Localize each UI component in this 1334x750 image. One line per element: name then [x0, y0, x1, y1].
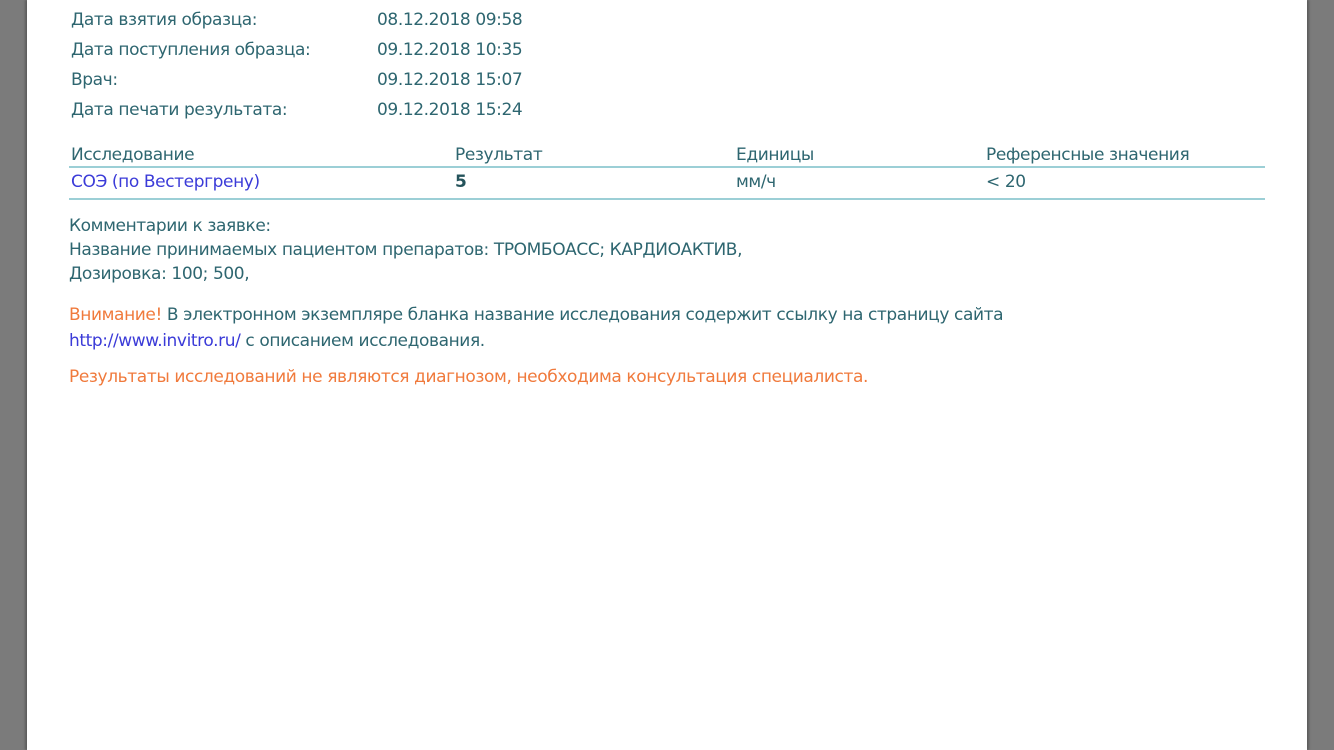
- invitro-link[interactable]: http://www.invitro.ru/: [69, 331, 240, 351]
- notice-line-2: http://www.invitro.ru/ с описанием иссле…: [69, 328, 1003, 354]
- warning-label: Внимание!: [69, 305, 162, 325]
- order-comments: Комментарии к заявке: Название принимаем…: [69, 214, 742, 286]
- disclaimer: Результаты исследований не являются диаг…: [69, 363, 868, 391]
- result-value: 5: [455, 168, 466, 196]
- reference-value: < 20: [986, 168, 1026, 196]
- info-label: Врач:: [71, 65, 118, 95]
- units-value: мм/ч: [736, 168, 776, 196]
- comments-dosage: Дозировка: 100; 500,: [69, 262, 742, 286]
- document-viewer: Дата взятия образца: 08.12.2018 09:58 Да…: [0, 0, 1334, 750]
- info-label: Дата печати результата:: [71, 95, 287, 125]
- header-units: Единицы: [736, 142, 814, 168]
- electronic-copy-notice: Внимание! В электронном экземпляре бланк…: [69, 302, 1003, 354]
- info-value: 09.12.2018 10:35: [377, 35, 522, 65]
- info-label: Дата взятия образца:: [71, 5, 257, 35]
- results-table-header: Исследование Результат Единицы Референсн…: [69, 142, 1265, 168]
- comments-title: Комментарии к заявке:: [69, 214, 742, 238]
- comments-drugs: Название принимаемых пациентом препарато…: [69, 238, 742, 262]
- notice-line-1: Внимание! В электронном экземпляре бланк…: [69, 302, 1003, 328]
- info-value: 09.12.2018 15:07: [377, 65, 522, 95]
- notice-text: В электронном экземпляре бланка название…: [162, 305, 1003, 325]
- info-value: 08.12.2018 09:58: [377, 5, 522, 35]
- notice-link-suffix: с описанием исследования.: [240, 331, 484, 351]
- results-table: Исследование Результат Единицы Референсн…: [69, 142, 1265, 200]
- header-reference: Референсные значения: [986, 142, 1189, 168]
- test-name-link[interactable]: СОЭ (по Вестергрену): [71, 168, 260, 196]
- header-test: Исследование: [71, 142, 194, 168]
- info-value: 09.12.2018 15:24: [377, 95, 522, 125]
- header-result: Результат: [455, 142, 542, 168]
- document-page: Дата взятия образца: 08.12.2018 09:58 Да…: [27, 0, 1307, 750]
- table-row: СОЭ (по Вестергрену) 5 мм/ч < 20: [69, 168, 1265, 200]
- info-label: Дата поступления образца:: [71, 35, 310, 65]
